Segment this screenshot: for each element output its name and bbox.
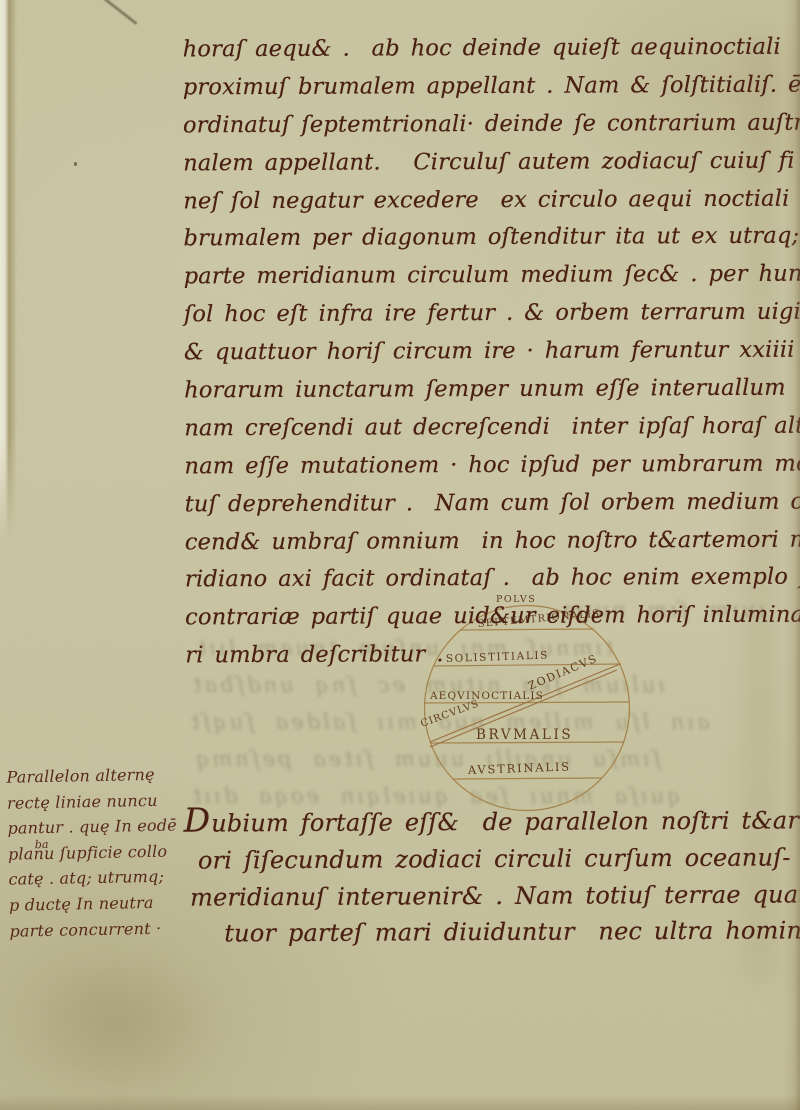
text-line: horarum iunctarum ſemper unum eſſe inter… — [184, 370, 790, 411]
main-text-block: horaſ aequ& . ab hoc deinde quieſt aequi… — [183, 29, 792, 676]
marginal-note: Parallelon alternę rectę liniae nuncu pa… — [6, 761, 187, 944]
gloss-line: planu ſupficie colloba — [8, 838, 186, 867]
text-line: tuſ deprehenditur . Nam cum ſol orbem me… — [185, 483, 791, 524]
text-line: ori ſiſecundum zodiaci circuli curſum oc… — [184, 839, 794, 879]
text-line: Dubium fortaſſe eſſ& de parallelon noſtr… — [184, 802, 794, 842]
brumalis-label: BRVMALIS — [476, 727, 573, 743]
page-left-edge — [0, 0, 18, 540]
text-line: nam eſſe mutationem · hoc ipſud per umbr… — [184, 445, 790, 486]
gloss-line: catę . atq; utrumq; — [8, 864, 186, 893]
text-line: ri umbra deſcribitur . — [185, 635, 791, 676]
gloss-line: p ductę In neutra — [9, 889, 187, 918]
austrinalis-label: AVSTRINALIS — [467, 759, 571, 777]
gloss-superscript: ba — [35, 832, 49, 858]
manuscript-page: ıuım ſım nuım tımnuſ mnı unſum tnuam lıı… — [0, 0, 800, 1110]
text-line: & quattuor horiſ circum ire · harum feru… — [184, 332, 790, 373]
austrinalis-line — [452, 778, 602, 779]
aequinoctialis-label: AEQVINOCTIALIS — [429, 690, 544, 702]
text-line: cend& umbraſ omnium in hoc noſtro t&arte… — [185, 521, 791, 562]
text-line: nam creſcendi aut decreſcendi inter ipſa… — [184, 408, 790, 449]
second-paragraph: Dubium fortaſſe eſſ& de parallelon noſtr… — [184, 802, 795, 952]
text-line: horaſ aequ& . ab hoc deinde quieſt aequi… — [183, 29, 789, 70]
text-line: meridianuſ interuenir& . Nam totiuſ terr… — [184, 876, 794, 916]
text-line: ridiano axi facit ordinataſ . ab hoc eni… — [185, 559, 791, 600]
text-line: brumalem per diagonum oſtenditur ita ut … — [183, 218, 789, 259]
text-line: ſol hoc eſt infra ire fertur . & orbem t… — [184, 294, 790, 335]
gloss-line-text: planu ſupficie collo — [8, 841, 168, 863]
text-line-rest: ubium fortaſſe eſſ& de parallelon noſtri… — [211, 806, 800, 837]
text-line: parte meridianum circulum medium ſec& . … — [184, 256, 790, 297]
gloss-line: parte concurrent · — [9, 915, 187, 944]
text-line: neſ ſol negatur excedere ex circulo aequ… — [183, 180, 789, 221]
initial-letter: D — [184, 800, 212, 839]
text-line: contrariæ partiſ quae uid&ur eiſdem hori… — [185, 597, 791, 638]
text-line: nalem appellant. Circuluſ autem zodiacuſ… — [183, 142, 789, 183]
text-line: tuor parteſ mari diuiduntur nec ultra ho… — [184, 913, 794, 953]
ink-fleck — [74, 162, 77, 166]
text-line: ordinatuſ ſeptemtrionali· deinde ſe cont… — [183, 104, 789, 145]
gloss-line: rectę liniae nuncu — [7, 787, 185, 816]
gloss-line: Parallelon alternę — [6, 761, 184, 790]
parchment-blotch — [15, 950, 225, 1100]
parchment-crease — [96, 0, 137, 25]
text-line: proximuſ brumalem appellant . Nam & ſolſ… — [183, 67, 789, 108]
